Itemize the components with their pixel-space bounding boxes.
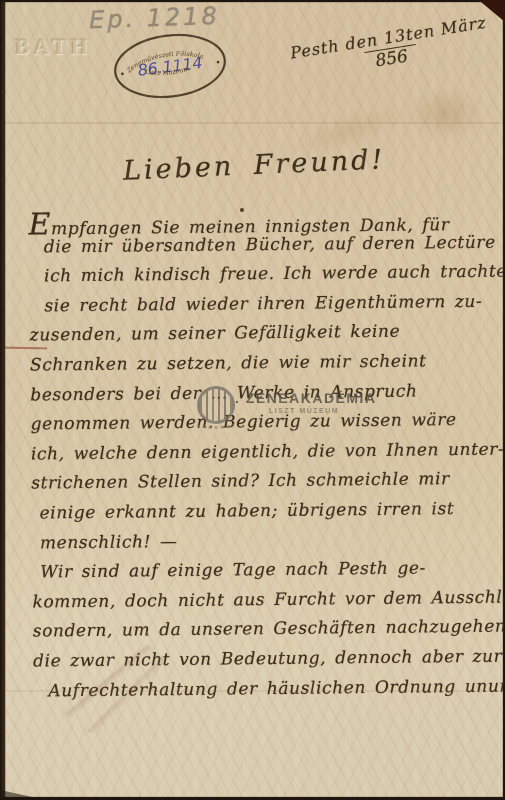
ink-speck [240, 208, 244, 212]
letter-line: die zwar nicht von Bedeutung, dennoch ab… [33, 646, 505, 681]
paper-sheet: BATH Ep. 1218 Zeneművészeti Főiskola 86.… [5, 2, 503, 797]
letter-body: Empfangen Sie meinen innigsten Dank, für… [28, 202, 505, 710]
letter-line: Empfangen Sie meinen innigsten Dank, für [28, 202, 505, 237]
ink-stain [410, 88, 484, 140]
red-margin-mark [5, 347, 47, 350]
archive-stamp: Zeneművészeti Főiskola 86.1114 Liszt Múz… [107, 23, 233, 109]
embossed-mark: BATH [15, 34, 92, 60]
dateline: Pesth den 13ten März 856 [289, 13, 491, 85]
letter-line: Aufrechterhaltung der häuslichen Ordnung… [33, 676, 505, 711]
fold-crease [5, 122, 503, 124]
salutation: Lieben Freund! [122, 144, 385, 186]
letter-scan: BATH Ep. 1218 Zeneművészeti Főiskola 86.… [0, 0, 505, 800]
